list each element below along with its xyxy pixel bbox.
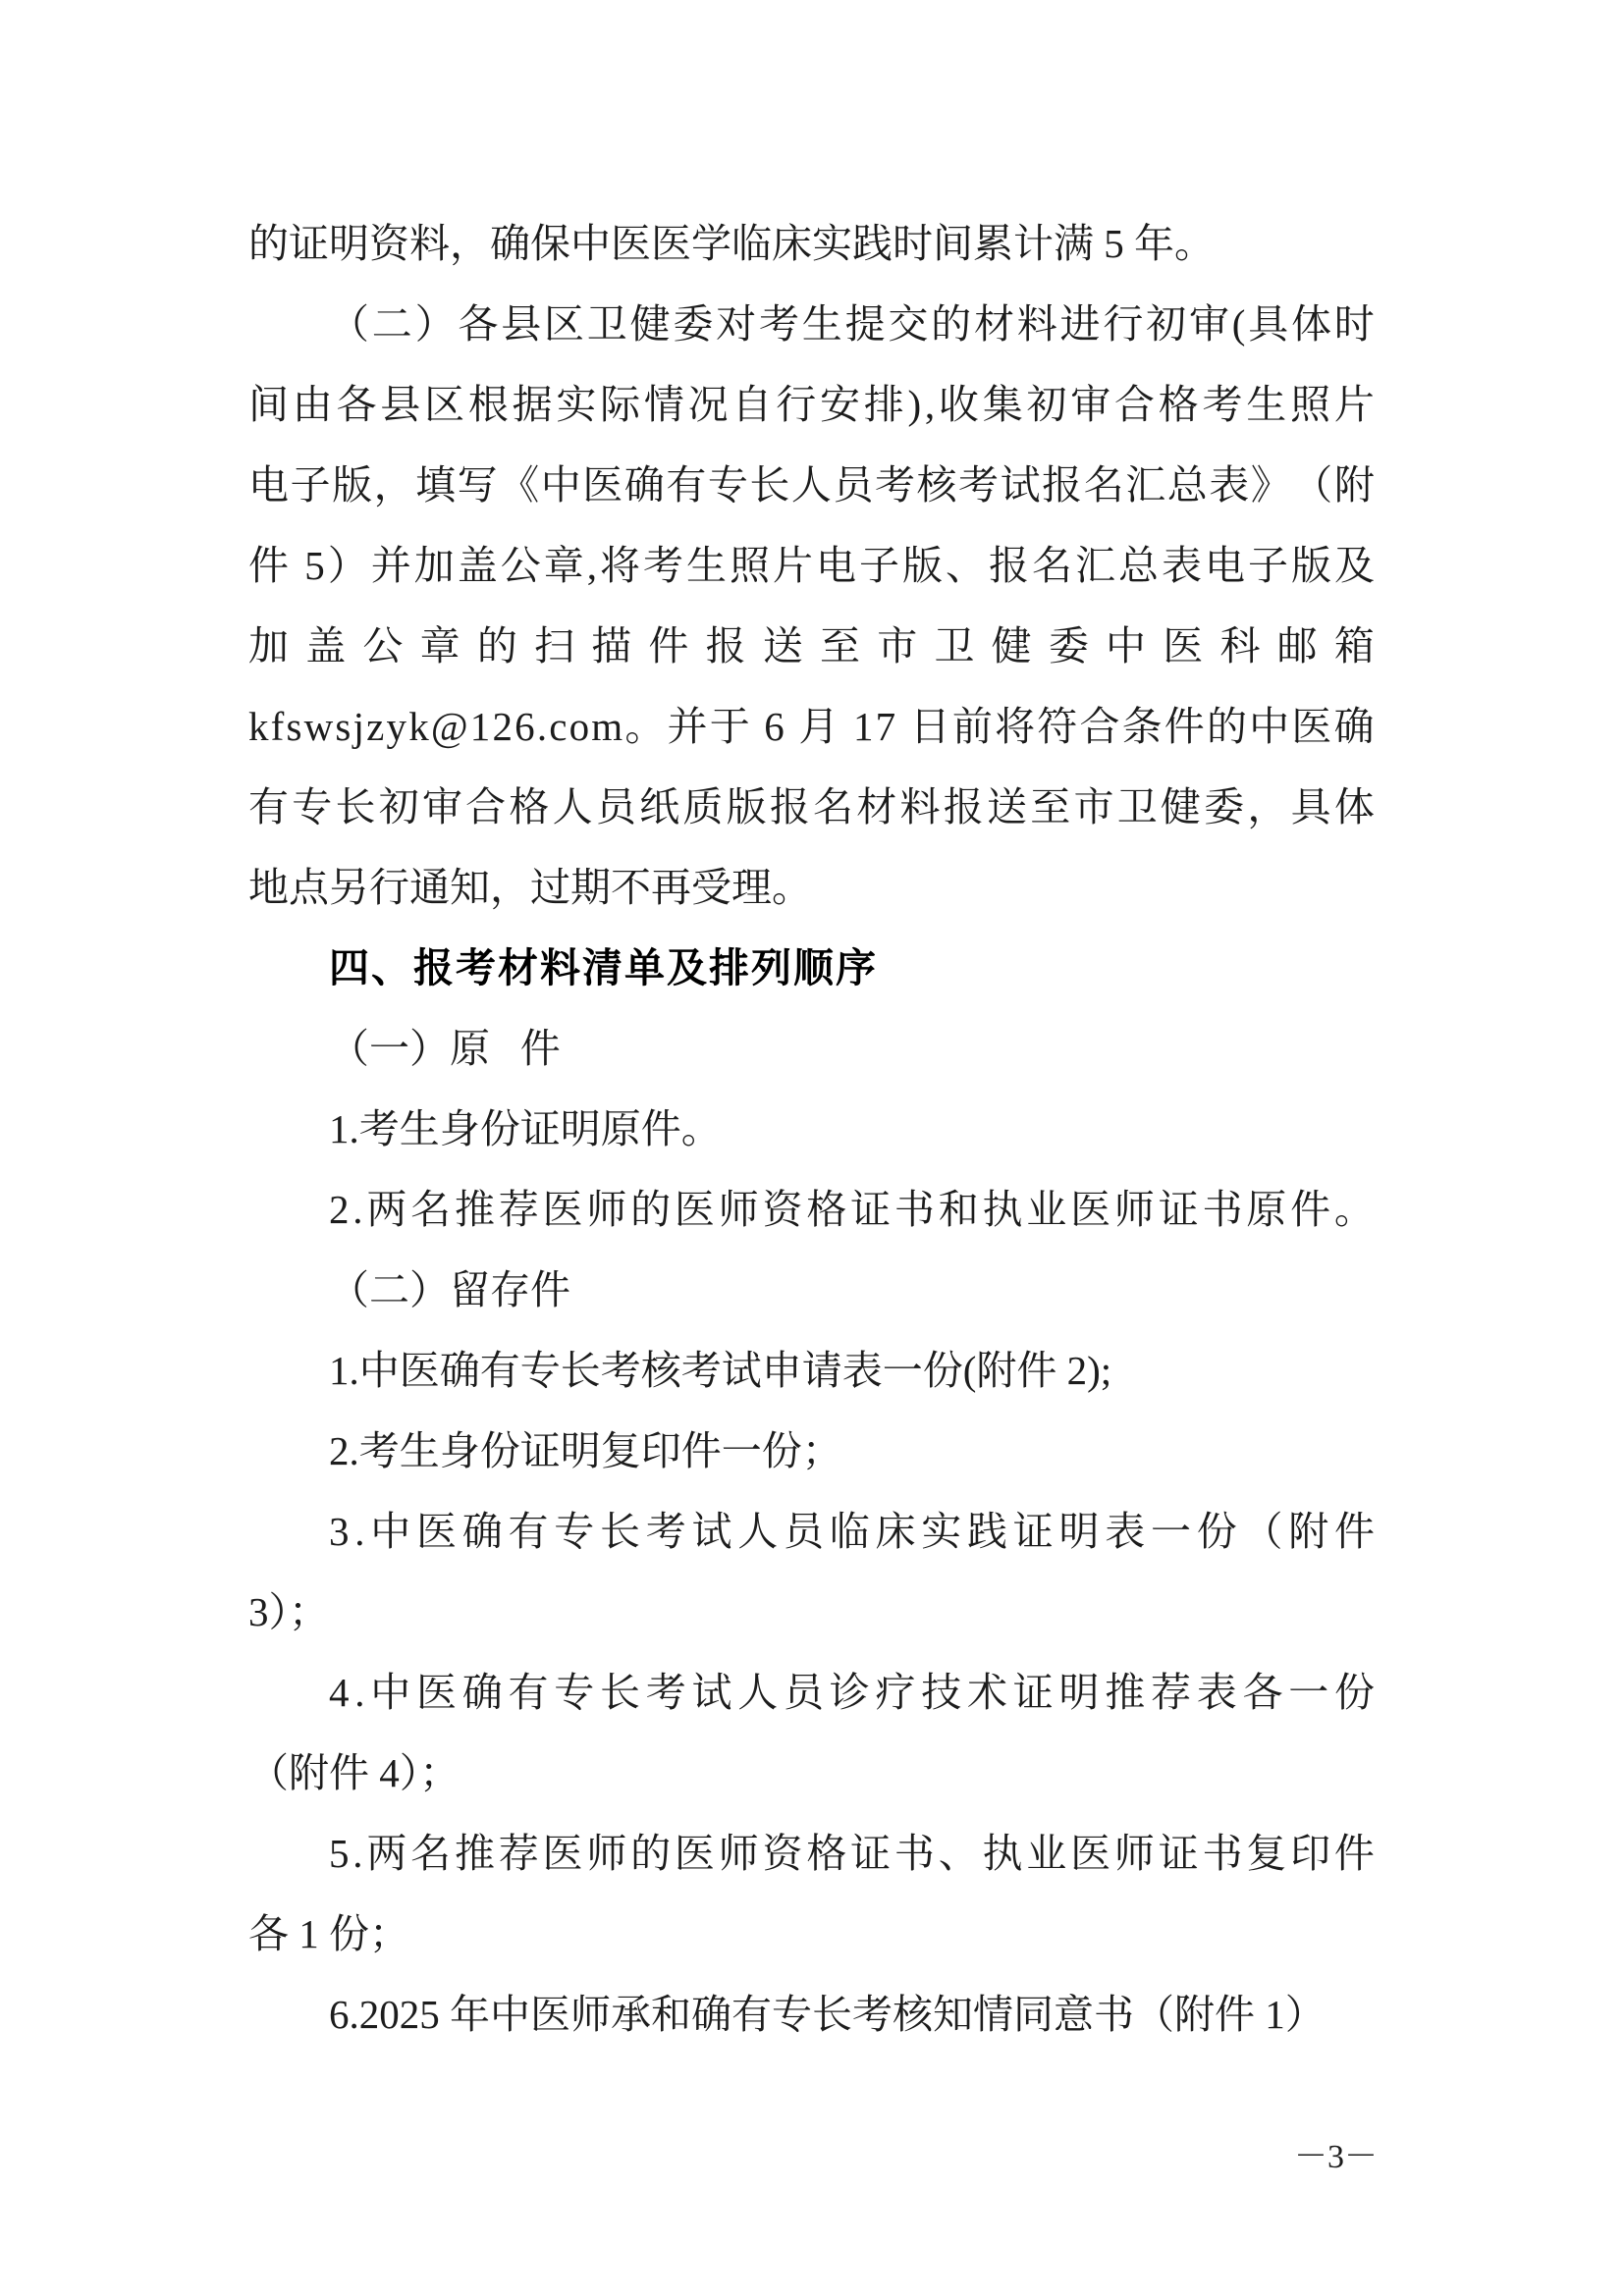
text-line: （附件 4）；	[248, 1733, 1375, 1813]
text-line: 间由各县区根据实际情况自行安排),收集初审合格考生照片	[248, 364, 1375, 445]
text-line: （二）留存件	[248, 1250, 1375, 1330]
text-line: 4.中医确有专长考试人员诊疗技术证明推荐表各一份	[248, 1652, 1375, 1733]
text-line: 有专长初审合格人员纸质版报名材料报送至市卫健委，具体	[248, 767, 1375, 847]
text-line: 3.中医确有专长考试人员临床实践证明表一份（附件	[248, 1491, 1375, 1572]
text-line: 加盖公章的扫描件报送至市卫健委中医科邮箱	[248, 606, 1375, 686]
text-line: 2.两名推荐医师的医师资格证书和执业医师证书原件。	[248, 1169, 1375, 1250]
text-line: 1.中医确有专长考核考试申请表一份(附件 2);	[248, 1330, 1375, 1411]
text-line: 地点另行通知，过期不再受理。	[248, 847, 1375, 928]
text-line: kfswsjzyk@126.com。并于 6 月 17 日前将符合条件的中医确	[248, 686, 1375, 767]
text-line: 2.考生身份证明复印件一份；	[248, 1411, 1375, 1491]
text-line: 各 1 份；	[248, 1894, 1375, 1974]
document-body: 的证明资料，确保中医医学临床实践时间累计满 5 年。（二）各县区卫健委对考生提交…	[248, 203, 1375, 2055]
text-line: 3）；	[248, 1572, 1375, 1652]
text-line: 1.考生身份证明原件。	[248, 1089, 1375, 1169]
text-line: 电子版，填写《中医确有专长人员考核考试报名汇总表》（附	[248, 445, 1375, 525]
text-line: （二）各县区卫健委对考生提交的材料进行初审(具体时	[248, 284, 1375, 364]
document-page: 的证明资料，确保中医医学临床实践时间累计满 5 年。（二）各县区卫健委对考生提交…	[0, 0, 1624, 2296]
page-number: －3－	[248, 2123, 1378, 2192]
text-line: 6.2025 年中医师承和确有专长考核知情同意书（附件 1）	[248, 1974, 1375, 2055]
text-line: 5.两名推荐医师的医师资格证书、执业医师证书复印件	[248, 1813, 1375, 1894]
text-line: 的证明资料，确保中医医学临床实践时间累计满 5 年。	[248, 203, 1375, 284]
text-line: 件 5）并加盖公章,将考生照片电子版、报名汇总表电子版及	[248, 525, 1375, 606]
section-heading: 四、报考材料清单及排列顺序	[248, 928, 1375, 1008]
text-line: （一）原 件	[248, 1008, 1375, 1089]
